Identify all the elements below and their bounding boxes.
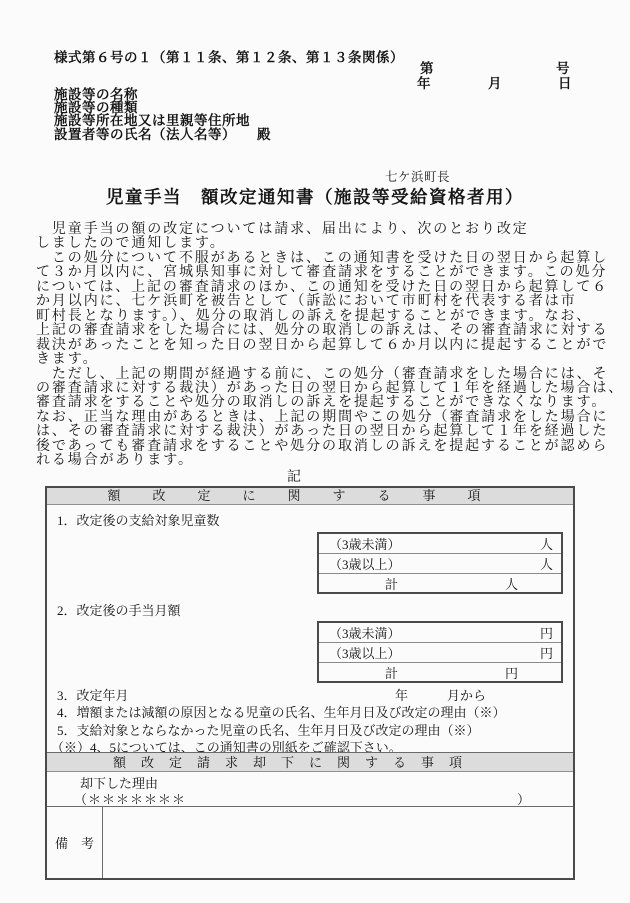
row-label: （3歳以上） (329, 643, 401, 662)
date-day-label: 日 (558, 72, 572, 92)
section4-label: 4．増額または減額の原因となる児童の氏名、生年月日及び改定の理由（※） (57, 702, 506, 721)
row-unit: 円 (540, 643, 553, 662)
row-label: 計 (385, 574, 398, 593)
row-unit: 人 (540, 554, 553, 573)
row-unit: 人 (505, 574, 518, 593)
document-title: 児童手当 額改定通知書（施設等受給資格者用） (0, 184, 630, 209)
section2-label: 2．改定後の手当月額 (57, 600, 181, 619)
section1-label: 1．改定後の支給対象児童数 (57, 510, 220, 529)
remarks-label-cell: 備 考 (47, 807, 103, 878)
date-month-label: 月 (488, 72, 502, 92)
table-row: （3歳未満） 円 (319, 623, 561, 642)
monthly-amount-table: （3歳未満） 円 （3歳以上） 円 計 円 (317, 621, 563, 683)
founder-name-label: 設置者等の氏名（法人名等） (54, 127, 236, 142)
row-unit: 円 (505, 663, 518, 682)
issuer-title: 七ケ浜町長 (385, 167, 450, 185)
table-row: （3歳以上） 円 (319, 642, 561, 662)
section3-line: 3．改定年月 年 月から (47, 685, 573, 701)
row-label: 計 (385, 663, 398, 682)
document-page: 様式第６号の１（第１１条、第１２条、第１３条関係） 第 号 年 月 日 施設等の… (0, 0, 630, 903)
row-label: （3歳以上） (329, 554, 401, 573)
main-table: 額改定に関する事項 1．改定後の支給対象児童数 （3歳未満） 人 （3歳以上） … (45, 486, 575, 880)
rejection-section-header: 額改定請求却下に関する事項 (47, 752, 573, 772)
children-count-table: （3歳未満） 人 （3歳以上） 人 計 人 (317, 532, 563, 594)
format-reference: 様式第６号の１（第１１条、第１２条、第１３条関係） (54, 46, 404, 66)
body-text: 児童手当の額の改定については請求、届出により、次のとおり改定 しましたので通知し… (36, 223, 626, 469)
rejection-reason-value: （＊＊＊＊＊＊＊ (74, 789, 186, 808)
honorific-label: 殿 (257, 128, 271, 141)
row-unit: 人 (540, 534, 553, 553)
row-unit: 円 (540, 623, 553, 642)
row-label: （3歳未満） (329, 534, 401, 553)
remarks-row: 備 考 (47, 807, 573, 878)
founder-name-line: 設置者等の氏名（法人名等） 殿 (54, 128, 250, 141)
table-row-total: 計 人 (319, 573, 561, 592)
date-year-label: 年 (417, 72, 431, 92)
table-row-total: 計 円 (319, 662, 561, 681)
recipient-block: 施設等の名称 施設等の種類 施設等所在地又は里親等住所地 設置者等の氏名（法人名… (54, 88, 250, 141)
remarks-label: 備 考 (55, 833, 94, 852)
revision-section-header: 額改定に関する事項 (47, 488, 573, 505)
record-heading: 記 (28, 466, 560, 486)
table-row: （3歳以上） 人 (319, 553, 561, 573)
rejection-reason-row: 却下した理由 （＊＊＊＊＊＊＊ ） (47, 772, 573, 807)
table-row: （3歳未満） 人 (319, 534, 561, 553)
row-label: （3歳未満） (329, 623, 401, 642)
rejection-reason-close-paren: ） (517, 789, 530, 808)
